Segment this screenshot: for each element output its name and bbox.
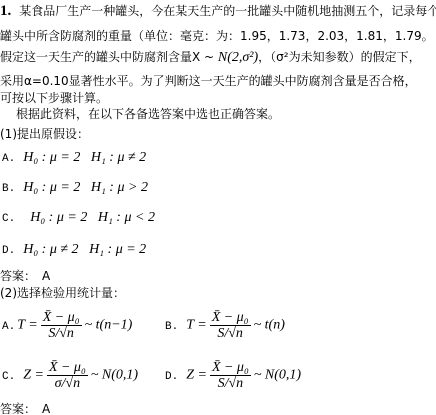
answer-value: A bbox=[42, 402, 50, 415]
statistic-lhs: T = bbox=[17, 318, 37, 333]
distribution: ~ N(0,1) bbox=[254, 368, 301, 383]
option-label: A. bbox=[2, 153, 15, 165]
question-line-3: 假定这一天生产的罐头中防腐剂含量X ~ N(2,σ²)，（σ²为未知参数）的假定… bbox=[0, 50, 421, 65]
fraction-denominator: σ/√n bbox=[53, 376, 82, 391]
fraction-numerator: X̄ − μ₀ bbox=[210, 360, 251, 376]
fraction-denominator: S/√n bbox=[46, 326, 76, 341]
alt-hypothesis: H₁ : μ = 2 bbox=[89, 242, 146, 257]
statistic-lhs: T = bbox=[186, 318, 206, 333]
question-line-1: 1.某食品厂生产一种罐头，今在某天生产的一批罐头中随机地抽测五个，记录每个 bbox=[0, 4, 436, 18]
statistic-lhs: Z = bbox=[23, 368, 44, 383]
null-hypothesis: H₀ : μ = 2 bbox=[23, 180, 80, 195]
question-text: 假定这一天生产的罐头中防腐剂含量X ~ bbox=[0, 50, 218, 64]
null-hypothesis: H₀ : μ = 2 bbox=[23, 150, 80, 165]
option-label: D. bbox=[2, 245, 15, 257]
question-line-4: 采用α=0.10显著性水平。为了判断这一天生产的罐头中防腐剂含量是否合格， bbox=[0, 74, 417, 88]
option-label: C. bbox=[2, 371, 15, 383]
alt-hypothesis: H₁ : μ < 2 bbox=[98, 210, 155, 225]
part2-title: (2)选择检验用统计量： bbox=[0, 286, 125, 300]
part1-title: (1)提出原假设： bbox=[0, 127, 89, 141]
null-hypothesis: H₀ : μ = 2 bbox=[30, 210, 87, 225]
part-title: (2)选择检验用统计量： bbox=[0, 286, 125, 300]
part1-option-d[interactable]: D.H₀ : μ ≠ 2 H₁ : μ = 2 bbox=[2, 242, 146, 258]
question-line-2: 罐头中所含防腐剂的重量（单位：毫克：为：1.95，1.73，2.03，1.81，… bbox=[0, 29, 434, 43]
option-label: D. bbox=[165, 371, 178, 383]
part1-option-c[interactable]: C. H₀ : μ = 2 H₁ : μ < 2 bbox=[2, 210, 155, 226]
fraction: X̄ − μ₀σ/√n bbox=[47, 360, 88, 391]
part1-answer: 答案：A bbox=[0, 267, 50, 284]
part2-answer: 答案：A bbox=[0, 400, 50, 415]
fraction-numerator: X̄ − μ₀ bbox=[47, 360, 88, 376]
fraction-numerator: X̄ − μ₀ bbox=[41, 310, 82, 326]
distribution: ~ N(0,1) bbox=[91, 368, 138, 383]
question-text: 罐头中所含防腐剂的重量（单位：毫克：为：1.95，1.73，2.03，1.81，… bbox=[0, 29, 434, 43]
fraction-denominator: S/√n bbox=[216, 376, 246, 391]
fraction: X̄ − μ₀S/√n bbox=[210, 360, 251, 391]
alt-hypothesis: H₁ : μ > 2 bbox=[91, 180, 148, 195]
option-label: C. bbox=[2, 213, 15, 225]
distribution: ~ t(n−1) bbox=[85, 318, 133, 333]
answer-label: 答案： bbox=[0, 269, 36, 283]
fraction: X̄ − μ₀S/√n bbox=[41, 310, 82, 341]
question-text: ，（σ²为未知参数）的假定下， bbox=[258, 50, 420, 64]
part2-option-d[interactable]: D.Z =X̄ − μ₀S/√n~ N(0,1) bbox=[165, 360, 301, 391]
fraction: X̄ − μ₀S/√n bbox=[210, 310, 251, 341]
part2-option-c[interactable]: C.Z =X̄ − μ₀σ/√n~ N(0,1) bbox=[2, 360, 138, 391]
question-instruction: 根据此资料，在以下各备选答案中选也正确答案。 bbox=[16, 107, 280, 121]
fraction-numerator: X̄ − μ₀ bbox=[210, 310, 251, 326]
question-text: 采用α=0.10显著性水平。为了判断这一天生产的罐头中防腐剂含量是否合格， bbox=[0, 74, 417, 88]
option-label: B. bbox=[165, 321, 178, 333]
part2-option-a[interactable]: A.T =X̄ − μ₀S/√n~ t(n−1) bbox=[2, 310, 132, 341]
question-text: 根据此资料，在以下各备选答案中选也正确答案。 bbox=[16, 107, 280, 121]
fraction-denominator: S/√n bbox=[215, 326, 245, 341]
answer-value: A bbox=[42, 269, 50, 283]
question-line-5: 可按以下步骤计算。 bbox=[0, 91, 108, 105]
part1-option-a[interactable]: A.H₀ : μ = 2 H₁ : μ ≠ 2 bbox=[2, 150, 146, 166]
alt-hypothesis: H₁ : μ ≠ 2 bbox=[91, 150, 146, 165]
question-text: 某食品厂生产一种罐头，今在某天生产的一批罐头中随机地抽测五个，记录每个 bbox=[19, 4, 436, 18]
null-hypothesis: H₀ : μ ≠ 2 bbox=[23, 242, 78, 257]
option-label: A. bbox=[2, 321, 15, 333]
answer-label: 答案： bbox=[0, 402, 36, 415]
distribution: ~ t(n) bbox=[254, 318, 285, 333]
statistic-lhs: Z = bbox=[186, 368, 207, 383]
part-title: (1)提出原假设： bbox=[0, 127, 89, 141]
question-text: 可按以下步骤计算。 bbox=[0, 91, 108, 105]
question-number: 1. bbox=[0, 3, 11, 19]
part1-option-b[interactable]: B.H₀ : μ = 2 H₁ : μ > 2 bbox=[2, 180, 148, 196]
part2-option-b[interactable]: B.T =X̄ − μ₀S/√n~ t(n) bbox=[165, 310, 285, 341]
distribution-formula: N(2,σ²) bbox=[218, 50, 258, 65]
option-label: B. bbox=[2, 183, 15, 195]
